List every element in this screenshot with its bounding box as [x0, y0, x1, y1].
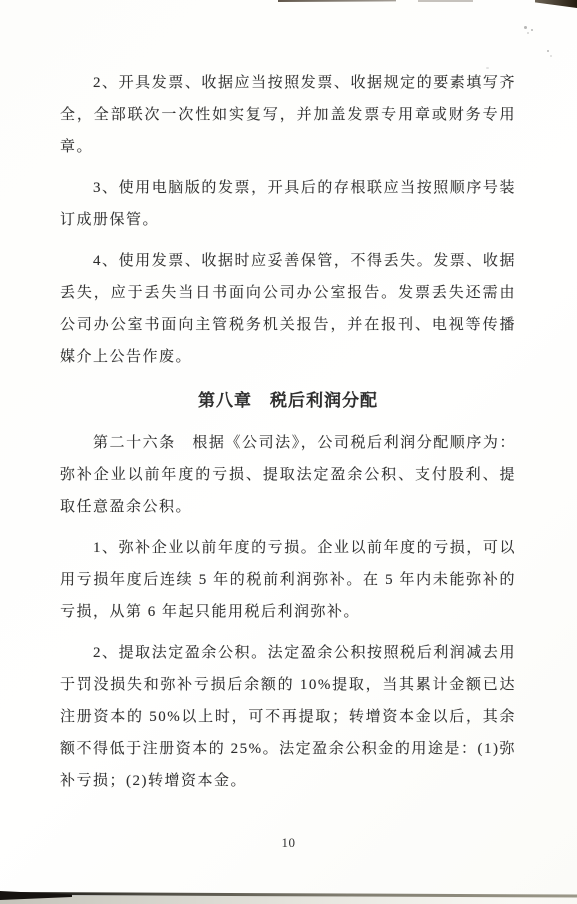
- page-number: 10: [0, 835, 577, 851]
- scan-speck: [524, 26, 527, 29]
- paragraph-statutory-surplus: 2、提取法定盈余公积。法定盈余公积按照税后利润减去用于罚没损失和弥补亏损后余额的…: [60, 637, 516, 797]
- scan-speck: [531, 29, 533, 31]
- chapter-heading: 第八章 税后利润分配: [60, 385, 516, 417]
- scan-edge-bottom-shadow: [0, 896, 577, 904]
- scan-speck: [550, 55, 552, 57]
- document-body: 2、开具发票、收据应当按照发票、收据规定的要素填写齐全，全部联次一次性如实复写，…: [60, 67, 516, 806]
- scan-edge-top-segment: [418, 0, 473, 2]
- scanned-document-page: 2、开具发票、收据应当按照发票、收据规定的要素填写齐全，全部联次一次性如实复写，…: [0, 0, 577, 904]
- paragraph-invoice-filling: 2、开具发票、收据应当按照发票、收据规定的要素填写齐全，全部联次一次性如实复写，…: [60, 67, 516, 163]
- paragraph-invoice-safekeeping: 4、使用发票、收据时应妥善保管，不得丢失。发票、收据丢失，应于丢失当日书面向公司…: [60, 245, 516, 373]
- paragraph-article-26: 第二十六条 根据《公司法》，公司税后利润分配顺序为：弥补企业以前年度的亏损、提取…: [60, 427, 516, 523]
- scan-edge-top-segment: [278, 0, 396, 2]
- scan-edge-top-right-corner: [535, 0, 577, 8]
- scan-speck: [547, 50, 549, 52]
- paragraph-loss-makeup: 1、弥补企业以前年度的亏损。企业以前年度的亏损，可以用亏损年度后连续 5 年的税…: [60, 532, 516, 628]
- paragraph-computer-invoice: 3、使用电脑版的发票，开具后的存根联应当按照顺序号装订成册保管。: [60, 172, 516, 236]
- scan-speck: [527, 32, 529, 34]
